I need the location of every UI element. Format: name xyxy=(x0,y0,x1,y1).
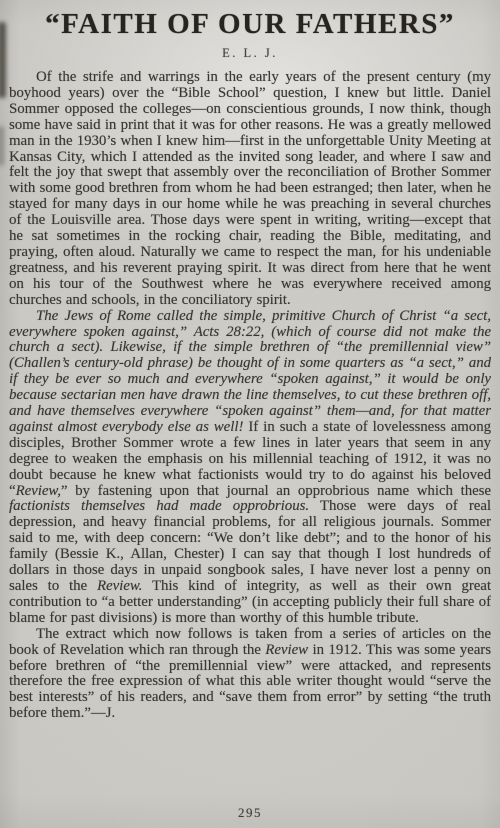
text-segment: ” by fastening upon that journal an oppr… xyxy=(61,483,491,499)
italic-text-segment: The Jews of Rome called the simple, prim… xyxy=(9,308,491,435)
paragraph: The Jews of Rome called the simple, prim… xyxy=(9,309,491,627)
page-number: 295 xyxy=(0,805,500,821)
author-initials: E. L. J. xyxy=(9,46,491,61)
text-segment: Of the strife and warrings in the early … xyxy=(9,70,491,308)
paragraph: The extract which now follows is taken f… xyxy=(9,627,491,722)
italic-text-segment: Review xyxy=(265,642,308,658)
page-content: “FAITH OF OUR FATHERS” E. L. J. Of the s… xyxy=(0,0,500,828)
article-body: Of the strife and warrings in the early … xyxy=(9,70,491,796)
article-title: “FAITH OF OUR FATHERS” xyxy=(9,8,491,41)
scanned-page: “FAITH OF OUR FATHERS” E. L. J. Of the s… xyxy=(0,0,500,828)
italic-text-segment: Review, xyxy=(16,483,61,499)
paragraph: Of the strife and warrings in the early … xyxy=(9,70,491,309)
italic-text-segment: factionists themselves had made opprobri… xyxy=(9,498,309,514)
italic-text-segment: Review. xyxy=(97,578,142,594)
